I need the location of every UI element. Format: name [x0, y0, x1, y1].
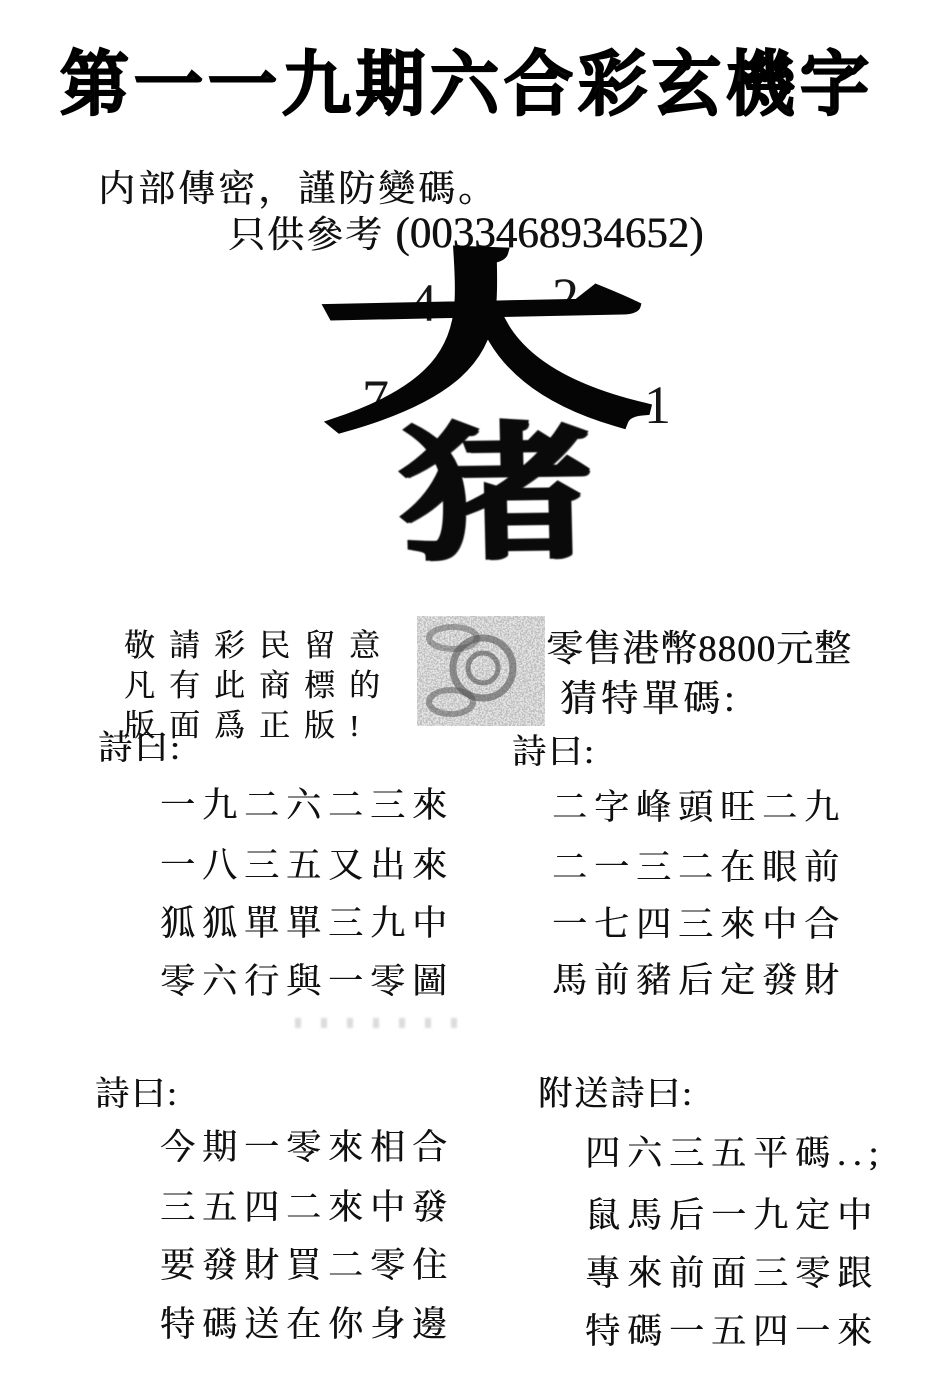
poem-line: 要發財買二零住 — [160, 1238, 454, 1288]
page-title: 第一一九期六合彩玄機字 — [60, 28, 910, 129]
poem-line: 特碼送在你身邊 — [160, 1297, 454, 1347]
retail-price-text: 零售港幣8800元整 — [546, 618, 852, 672]
poem-header-3: 詩曰: — [95, 1066, 178, 1115]
poem-line: 二一三二在眼前 — [552, 840, 846, 890]
poem-line: 一九二六二三來 — [160, 778, 454, 828]
poem-header-2: 詩曰: — [512, 724, 595, 773]
poem-line: 三五四二來中發 — [160, 1180, 454, 1230]
poem-line: 鼠馬后一九定中 — [585, 1188, 879, 1238]
sub-calligraphy-character: 猪 — [398, 421, 594, 570]
poem-header-4: 附送詩曰: — [538, 1066, 693, 1115]
trademark-notice-line: 凡有此商標的 — [124, 660, 416, 705]
poem-line: 一七四三來中合 — [552, 897, 846, 947]
poem-line: 四六三五平碼..; — [585, 1126, 885, 1176]
poem-line: 一八三五又出來 — [160, 838, 454, 888]
lottery-mystery-sheet: 第一一九期六合彩玄機字 内部傳密，謹防變碼。 只供參考 (00334689346… — [0, 0, 944, 1388]
poem-line: 特碼一五四一來 — [585, 1304, 879, 1354]
trademark-seal-icon — [417, 616, 545, 726]
trademark-notice-line: 敬請彩民留意 — [124, 620, 416, 665]
guess-special-number-text: 猜特單碼: — [560, 668, 738, 722]
faint-print-smudge — [295, 1018, 475, 1028]
poem-line: 二字峰頭旺二九 — [552, 780, 846, 830]
poem-line: 專來前面三零跟 — [585, 1246, 879, 1296]
poem-line: 零六行與一零圖 — [160, 954, 454, 1004]
poem-line: 今期一零來相合 — [160, 1120, 454, 1170]
poem-line: 馬前豬后定發財 — [552, 953, 846, 1003]
poem-header-1: 詩曰: — [98, 720, 181, 769]
poem-line: 狐狐單單三九中 — [160, 896, 454, 946]
